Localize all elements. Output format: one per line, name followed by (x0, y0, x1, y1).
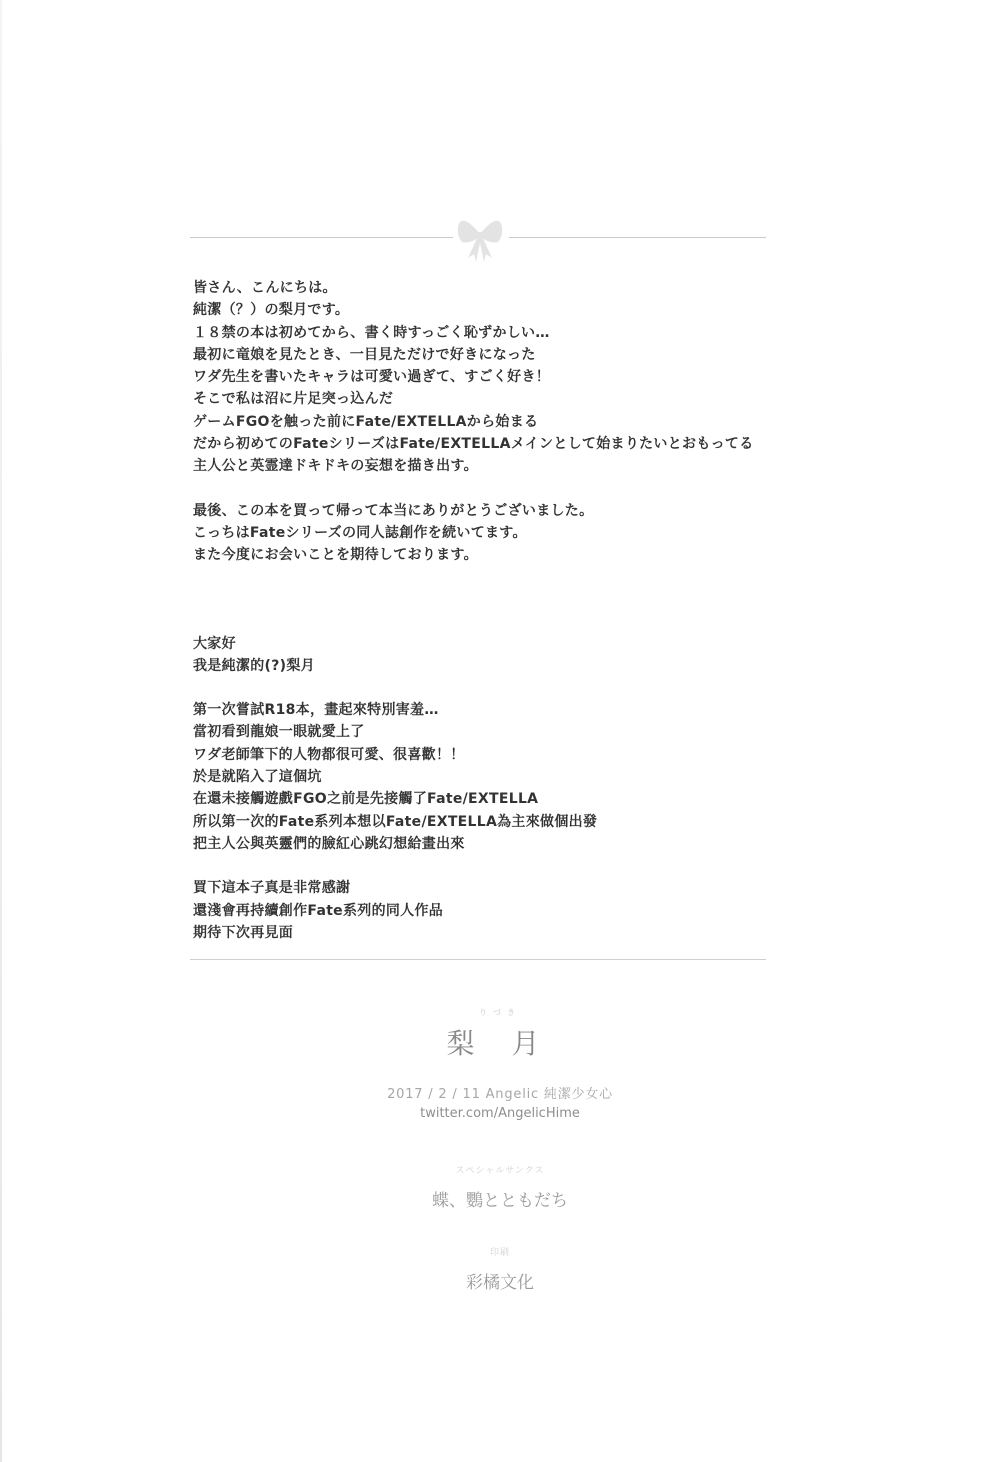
divider-line-left (190, 237, 453, 238)
text-line: 在還未接觸遊戲FGO之前是先接觸了Fate/EXTELLA (193, 788, 813, 810)
text-line: 買下這本子真是非常感謝 (193, 877, 813, 899)
divider-line-right (509, 237, 766, 238)
afterword-body: 皆さん、こんにちは。 純潔（？）の梨月です。 １８禁の本は初めてから、書く時すっ… (193, 277, 813, 944)
text-line: また今度にお会いことを期待しております。 (193, 544, 813, 566)
text-line: 所以第一次的Fate系列本想以Fate/EXTELLA為主來做個出發 (193, 811, 813, 833)
text-line: 還淺會再持續創作Fate系列的同人作品 (193, 900, 813, 922)
text-line: 當初看到龍娘一眼就愛上了 (193, 721, 813, 743)
text-line: １８禁の本は初めてから、書く時すっごく恥ずかしい… (193, 322, 813, 344)
text-line: こっちはFateシリーズの同人誌創作を続いてます。 (193, 522, 813, 544)
jp-paragraph-thanks: 最後、この本を買って帰って本当にありがとうございました。 こっちはFateシリー… (193, 500, 813, 567)
bow-ribbon-icon (450, 216, 510, 264)
zh-paragraph-thanks: 買下這本子真是非常感謝 還淺會再持續創作Fate系列的同人作品 期待下次再見面 (193, 877, 813, 944)
printer-label: 印刷 (0, 1245, 1000, 1258)
special-thanks-label: スペシャルサンクス (0, 1163, 1000, 1176)
printer-name: 彩橘文化 (0, 1268, 1000, 1293)
text-line: 純潔（？）の梨月です。 (193, 299, 813, 321)
text-line: 把主人公與英靈們的臉紅心跳幻想給畫出來 (193, 833, 813, 855)
text-line: 我是純潔的(?)梨月 (193, 655, 813, 677)
text-line: 最初に竜娘を見たとき、一目見ただけで好きになった (193, 344, 813, 366)
text-line: ワダ先生を書いたキャラは可愛い過ぎて、すごく好き！ (193, 366, 813, 388)
text-line: 大家好 (193, 633, 813, 655)
zh-paragraph-greeting: 大家好 我是純潔的(?)梨月 (193, 633, 813, 678)
twitter-handle: twitter.com/AngelicHime (0, 1106, 1000, 1121)
author-furigana: りづき (0, 1007, 1000, 1018)
text-line: 期待下次再見面 (193, 922, 813, 944)
top-ornamental-divider (190, 222, 766, 252)
text-line: 第一次嘗試R18本，畫起來特別害羞… (193, 699, 813, 721)
jp-paragraph-greeting: 皆さん、こんにちは。 純潔（？）の梨月です。 １８禁の本は初めてから、書く時すっ… (193, 277, 813, 478)
author-name: 梨 月 (0, 1022, 1000, 1062)
special-thanks-names: 蝶、鸚とともだち (0, 1186, 1000, 1211)
text-line: 主人公と英霊達ドキドキの妄想を描き出す。 (193, 455, 813, 477)
zh-paragraph-story: 第一次嘗試R18本，畫起來特別害羞… 當初看到龍娘一眼就愛上了 ワダ老師筆下的人… (193, 699, 813, 855)
page-gutter-edge (0, 0, 2, 1462)
bottom-divider-line (190, 959, 766, 960)
text-line: 皆さん、こんにちは。 (193, 277, 813, 299)
text-line: そこで私は沼に片足突っ込んだ (193, 388, 813, 410)
text-line: 最後、この本を買って帰って本当にありがとうございました。 (193, 500, 813, 522)
publication-info: 2017 / 2 / 11 Angelic 純潔少女心 (0, 1083, 1000, 1102)
text-line: 於是就陷入了這個坑 (193, 766, 813, 788)
text-line: だから初めてのFateシリーズはFate/EXTELLAメインとして始まりたいと… (193, 433, 813, 455)
text-line: ワダ老師筆下的人物都很可愛、很喜歡！！ (193, 744, 813, 766)
text-line: ゲームFGOを触った前にFate/EXTELLAから始まる (193, 411, 813, 433)
